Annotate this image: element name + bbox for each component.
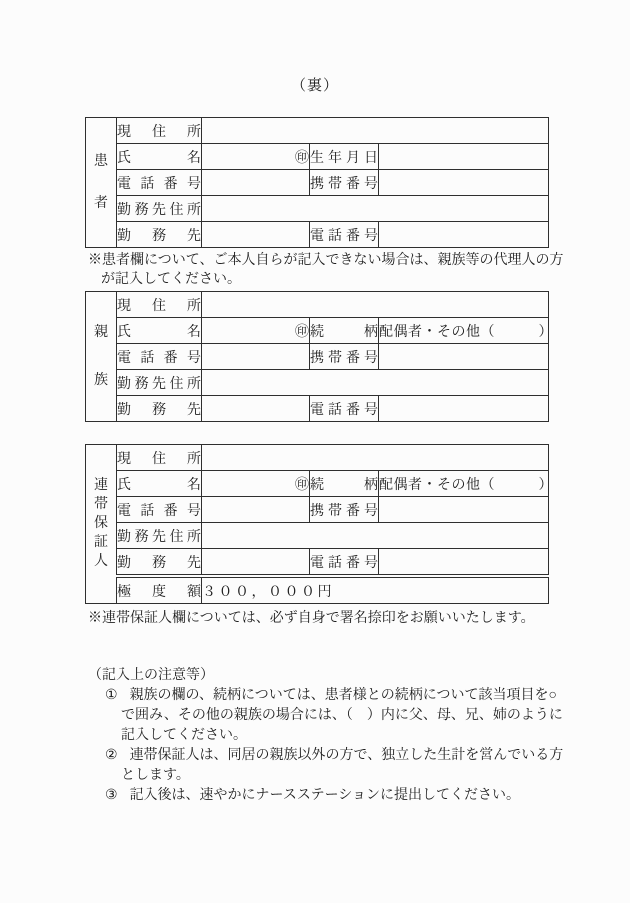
field-label-current-address: 現住所 xyxy=(117,292,202,318)
field-value-work-address xyxy=(202,523,549,549)
field-value-workplace xyxy=(202,222,310,248)
field-label-phone: 電話番号 xyxy=(117,344,202,370)
field-label-name: 氏名 xyxy=(117,471,202,497)
table-row: 患 者 現住所 xyxy=(86,118,549,144)
field-label-name: 氏名 xyxy=(117,318,202,344)
table-row: 連 帯 保 証 人 現住所 xyxy=(86,445,549,471)
field-value-current-address xyxy=(202,445,549,471)
field-value-max-amount: ３００，０００円 xyxy=(202,576,549,604)
field-label-mobile: 携帯番号 xyxy=(310,170,379,196)
footnote-guarantor: ※連帯保証人欄については、必ず自身で署名捺印をお願いいたします。 xyxy=(88,609,630,628)
field-value-work-phone xyxy=(379,396,549,422)
instruction-item-3: ③記入後は、速やかにナースステーションに提出してください。 xyxy=(88,786,630,806)
field-value-birth-date xyxy=(379,144,549,170)
field-label-workplace: 勤務先 xyxy=(117,222,202,248)
field-value-name: ㊞ xyxy=(202,471,310,497)
field-value-name: ㊞ xyxy=(202,144,310,170)
footnote-patient: ※患者欄について、ご本人自らが記入できない場合は、親族等の代理人の方 が記入して… xyxy=(88,251,630,289)
table-row: 氏名 ㊞ 続柄 配偶者・その他（ ） xyxy=(86,318,549,344)
field-label-workplace: 勤務先 xyxy=(117,549,202,577)
item-number: ③ xyxy=(105,788,118,803)
field-value-current-address xyxy=(202,118,549,144)
field-label-birth-date: 生年月日 xyxy=(310,144,379,170)
field-label-relationship: 続柄 xyxy=(310,471,379,497)
field-value-work-address xyxy=(202,196,549,222)
field-label-work-phone: 電話番号 xyxy=(310,222,379,248)
table-row: 電話番号 携帯番号 xyxy=(86,497,549,523)
seal-mark: ㊞ xyxy=(295,478,309,493)
instructions: （記入上の注意等） ①親族の欄の、続柄については、患者様との続柄について該当項目… xyxy=(88,666,630,806)
table-row: 勤務先 電話番号 xyxy=(86,222,549,248)
page-title: （裏） xyxy=(0,0,630,95)
field-value-phone xyxy=(202,170,310,196)
field-value-work-phone xyxy=(379,222,549,248)
field-value-workplace xyxy=(202,396,310,422)
table-row: 勤務先 電話番号 xyxy=(86,549,549,577)
field-label-work-address: 勤務先住所 xyxy=(117,523,202,549)
field-label-mobile: 携帯番号 xyxy=(310,497,379,523)
field-value-name: ㊞ xyxy=(202,318,310,344)
patient-group-label: 患 者 xyxy=(86,118,117,248)
table-row: 電話番号 携帯番号 xyxy=(86,344,549,370)
table-row: 勤務先 電話番号 xyxy=(86,396,549,422)
relative-table: 親 族 現住所 氏名 ㊞ 続柄 配偶者・その他（ ） 電話番号 携帯番号 勤務先… xyxy=(85,291,549,422)
field-value-relationship: 配偶者・その他（ ） xyxy=(379,471,549,497)
table-row: 勤務先住所 xyxy=(86,523,549,549)
field-value-phone xyxy=(202,497,310,523)
field-label-current-address: 現住所 xyxy=(117,118,202,144)
guarantor-group-label: 連 帯 保 証 人 xyxy=(86,445,117,604)
relative-group-label: 親 族 xyxy=(86,292,117,422)
field-value-workplace xyxy=(202,549,310,577)
table-row: 電話番号 携帯番号 xyxy=(86,170,549,196)
field-label-work-phone: 電話番号 xyxy=(310,396,379,422)
field-value-mobile xyxy=(379,344,549,370)
field-value-mobile xyxy=(379,497,549,523)
guarantor-table: 連 帯 保 証 人 現住所 氏名 ㊞ 続柄 配偶者・その他（ ） 電話番号 携帯… xyxy=(85,444,549,604)
field-label-phone: 電話番号 xyxy=(117,497,202,523)
table-row: 氏名 ㊞ 生年月日 xyxy=(86,144,549,170)
seal-mark: ㊞ xyxy=(295,151,309,166)
item-number: ① xyxy=(105,688,118,703)
seal-mark: ㊞ xyxy=(295,325,309,340)
table-row: 親 族 現住所 xyxy=(86,292,549,318)
field-label-work-address: 勤務先住所 xyxy=(117,196,202,222)
field-value-phone xyxy=(202,344,310,370)
table-row: 勤務先住所 xyxy=(86,370,549,396)
field-label-work-phone: 電話番号 xyxy=(310,549,379,577)
field-value-relationship: 配偶者・その他（ ） xyxy=(379,318,549,344)
field-value-current-address xyxy=(202,292,549,318)
table-row: 勤務先住所 xyxy=(86,196,549,222)
form-sheet-back: （裏） 患 者 現住所 氏名 ㊞ 生年月日 電話番号 携帯番号 xyxy=(0,0,630,903)
field-value-mobile xyxy=(379,170,549,196)
field-value-work-phone xyxy=(379,549,549,577)
field-label-max-amount: 極度額 xyxy=(117,576,202,604)
table-row: 氏名 ㊞ 続柄 配偶者・その他（ ） xyxy=(86,471,549,497)
instruction-item-1: ①親族の欄の、続柄については、患者様との続柄について該当項目を○ で囲み、その他… xyxy=(88,686,630,746)
patient-table: 患 者 現住所 氏名 ㊞ 生年月日 電話番号 携帯番号 勤務先住所 勤務先 xyxy=(85,117,549,248)
instruction-item-2: ②連帯保証人は、同居の親族以外の方で、独立した生計を営んでいる方 とします。 xyxy=(88,746,630,786)
field-label-current-address: 現住所 xyxy=(117,445,202,471)
field-label-workplace: 勤務先 xyxy=(117,396,202,422)
field-label-relationship: 続柄 xyxy=(310,318,379,344)
instructions-heading: （記入上の注意等） xyxy=(88,666,630,686)
field-label-phone: 電話番号 xyxy=(117,170,202,196)
field-value-work-address xyxy=(202,370,549,396)
field-label-name: 氏名 xyxy=(117,144,202,170)
item-number: ② xyxy=(105,748,118,763)
table-row: 極度額 ３００，０００円 xyxy=(86,576,549,604)
field-label-work-address: 勤務先住所 xyxy=(117,370,202,396)
field-label-mobile: 携帯番号 xyxy=(310,344,379,370)
